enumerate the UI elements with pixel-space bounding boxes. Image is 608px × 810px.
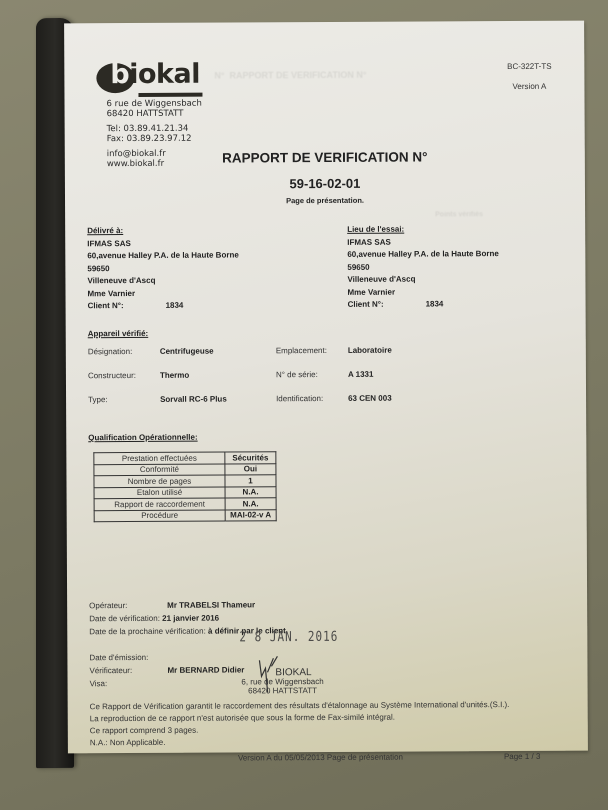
doc-code: BC-322T-TS <box>484 57 574 77</box>
table-row: Etalon utiliséN.A. <box>94 486 276 498</box>
table-row: Nombre de pages1 <box>94 475 276 487</box>
show-through-text: N° RAPPORT DE VERIFICATION N° <box>214 70 366 81</box>
qualification-value: N.A. <box>225 498 276 510</box>
signature-block: Date d'émission: Vérificateur:Mr BERNARD… <box>89 651 148 690</box>
report-title: RAPPORT DE VERIFICATION N° <box>65 149 585 167</box>
qualification-value: 1 <box>225 475 276 487</box>
qualification-value: N.A. <box>225 486 276 498</box>
qualification-label: Etalon utilisé <box>94 487 225 499</box>
footer-version: Version A du 05/05/2013 Page de présenta… <box>238 753 403 763</box>
qualification-label: Conformité <box>94 464 225 476</box>
table-row: Prestation effectuéesSécurités <box>94 452 276 464</box>
qualification-value: Oui <box>225 463 276 475</box>
qualification-label: Prestation effectuées <box>94 452 225 464</box>
qualification-table: Prestation effectuéesSécuritésConformité… <box>93 451 276 522</box>
received-date-stamp: 2 8 JAN. 2016 <box>239 628 338 645</box>
table-row: ConformitéOui <box>94 463 276 475</box>
page-number: Page 1 / 3 <box>504 752 541 761</box>
biokal-logo: biokal <box>96 61 206 98</box>
qualification-label: Nombre de pages <box>94 475 225 487</box>
document-code-block: BC-322T-TS Version A <box>484 57 574 97</box>
footer-notes: Ce Rapport de Vérification garantit le r… <box>90 699 510 749</box>
table-row: Rapport de raccordementN.A. <box>94 498 276 510</box>
qualification-value: Sécurités <box>225 452 276 464</box>
report-page: N° RAPPORT DE VERIFICATION N° Points vér… <box>64 21 588 754</box>
show-through-text: Points vérifiés <box>435 211 483 218</box>
device-section-title: Appareil vérifié: <box>88 329 149 338</box>
doc-version: Version A <box>484 77 574 97</box>
qualification-label: Rapport de raccordement <box>94 498 225 510</box>
delivered-to-block: Délivré à: IFMAS SAS 60,avenue Halley P.… <box>87 224 239 312</box>
qualification-label: Procédure <box>94 510 225 522</box>
report-number: 59-16-02-01 <box>65 175 585 193</box>
test-location-block: Lieu de l'essai: IFMAS SAS 60,avenue Hal… <box>347 223 499 311</box>
company-stamp: BIOKAL 6, rue de Wiggensbach 68420 HATTS… <box>227 668 337 696</box>
table-row: ProcédureMAI-02-v A <box>94 509 276 521</box>
qualification-section-title: Qualification Opérationnelle: <box>88 433 197 443</box>
report-subtitle: Page de présentation. <box>65 195 585 207</box>
qualification-value: MAI-02-v A <box>225 509 276 521</box>
